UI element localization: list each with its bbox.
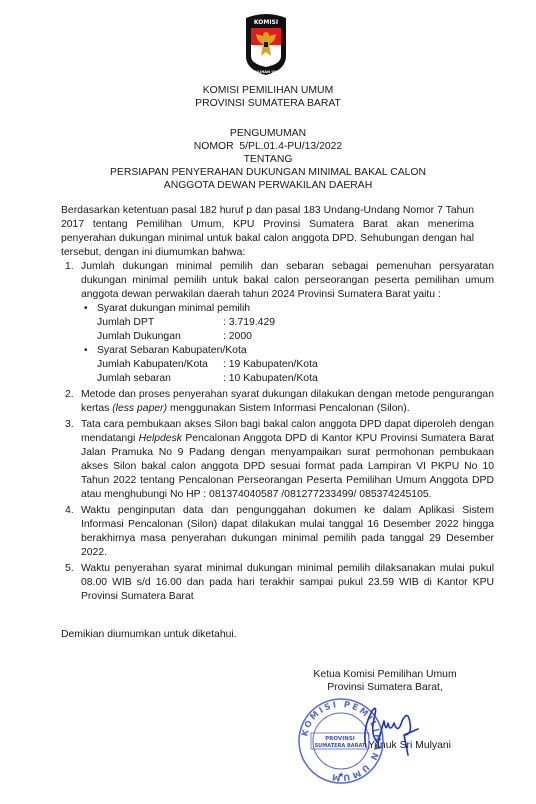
kv-label: Jumlah sebaran bbox=[97, 372, 223, 386]
kv-value: : 2000 bbox=[223, 330, 252, 344]
svg-text:KOMISI: KOMISI bbox=[254, 19, 278, 26]
item-text: Waktu penginputan data dan pengunggahan … bbox=[81, 505, 494, 558]
kv-value: : 3.719.429 bbox=[223, 316, 275, 330]
org-name: KOMISI PEMILIHAN UMUM bbox=[0, 84, 536, 97]
signer-province: Provinsi Sumatera Barat, bbox=[300, 681, 470, 694]
item-text-italic: Helpdesk bbox=[139, 433, 182, 444]
closing-sentence: Demikian diumumkan untuk diketahui. bbox=[61, 629, 237, 640]
kpu-logo-icon: KOMISI PEMILIHAN UMUM bbox=[241, 12, 291, 76]
document-number: NOMOR 5/PL.01.4-PU/13/2022 bbox=[0, 140, 536, 153]
kv-value: : 19 Kabupaten/Kota bbox=[223, 358, 318, 372]
bullet-icon: • bbox=[84, 302, 88, 316]
announcement-list: 1. Jumlah dukungan minimal pemilih dan s… bbox=[61, 260, 494, 606]
svg-text:★: ★ bbox=[338, 771, 344, 779]
item-text: menggunakan Sistem Informasi Pencalonan … bbox=[167, 403, 410, 414]
list-item: 3. Tata cara pembukaan akses Silon bagi … bbox=[81, 418, 494, 502]
list-item: 1. Jumlah dukungan minimal pemilih dan s… bbox=[81, 260, 494, 386]
item-text: Waktu penyerahan syarat minimal dukungan… bbox=[81, 563, 494, 602]
about-label: TENTANG bbox=[0, 153, 536, 166]
sub-item-title: Syarat Sebaran Kabupaten/Kota bbox=[97, 344, 494, 358]
signer-position: Ketua Komisi Pemilihan Umum bbox=[300, 668, 470, 681]
sub-list-item: • Syarat dukungan minimal pemilih Jumlah… bbox=[97, 302, 494, 344]
intro-paragraph: Berdasarkan ketentuan pasal 182 huruf p … bbox=[61, 204, 474, 260]
item-number: 1. bbox=[65, 260, 74, 274]
sub-list: • Syarat dukungan minimal pemilih Jumlah… bbox=[81, 302, 494, 386]
announcement-page: KOMISI PEMILIHAN UMUM KOMISI PEMILIHAN U… bbox=[0, 0, 536, 804]
list-item: 5. Waktu penyerahan syarat minimal dukun… bbox=[81, 562, 494, 604]
svg-text:PROVINSI: PROVINSI bbox=[325, 736, 355, 742]
kv-label: Jumlah Dukungan bbox=[97, 330, 223, 344]
list-item: 4. Waktu penginputan data dan pengunggah… bbox=[81, 504, 494, 560]
kv-row: Jumlah DPT : 3.719.429 bbox=[97, 316, 494, 330]
sub-item-title: Syarat dukungan minimal pemilih bbox=[97, 302, 494, 316]
list-item: 2. Metode dan proses penyerahan syarat d… bbox=[81, 388, 494, 416]
item-number: 3. bbox=[65, 418, 74, 432]
sub-list-item: • Syarat Sebaran Kabupaten/Kota Jumlah K… bbox=[97, 344, 494, 386]
kv-row: Jumlah sebaran : 10 Kabupaten/Kota bbox=[97, 372, 494, 386]
subject-line-1: PERSIAPAN PENYERAHAN DUKUNGAN MINIMAL BA… bbox=[0, 166, 536, 179]
kv-row: Jumlah Kabupaten/Kota : 19 Kabupaten/Kot… bbox=[97, 358, 494, 372]
kv-label: Jumlah DPT bbox=[97, 316, 223, 330]
svg-text:PEMILIHAN UMUM: PEMILIHAN UMUM bbox=[248, 70, 285, 74]
kv-row: Jumlah Dukungan : 2000 bbox=[97, 330, 494, 344]
signer-name: Yanuk Sri Mulyani bbox=[368, 740, 451, 751]
document-type: PENGUMUMAN bbox=[0, 127, 536, 140]
document-title-block: PENGUMUMAN NOMOR 5/PL.01.4-PU/13/2022 TE… bbox=[0, 127, 536, 192]
item-number: 4. bbox=[65, 504, 74, 518]
item-number: 2. bbox=[65, 388, 74, 402]
kv-label: Jumlah Kabupaten/Kota bbox=[97, 358, 223, 372]
organization-header: KOMISI PEMILIHAN UMUM PROVINSI SUMATERA … bbox=[0, 84, 536, 110]
org-province: PROVINSI SUMATERA BARAT bbox=[0, 97, 536, 110]
item-text-italic: (less paper) bbox=[112, 403, 167, 414]
signature-title: Ketua Komisi Pemilihan Umum Provinsi Sum… bbox=[300, 668, 470, 694]
item-text: Jumlah dukungan minimal pemilih dan seba… bbox=[81, 261, 494, 300]
subject-line-2: ANGGOTA DEWAN PERWAKILAN DAERAH bbox=[0, 179, 536, 192]
item-number: 5. bbox=[65, 562, 74, 576]
kv-value: : 10 Kabupaten/Kota bbox=[223, 372, 318, 386]
bullet-icon: • bbox=[84, 344, 88, 358]
